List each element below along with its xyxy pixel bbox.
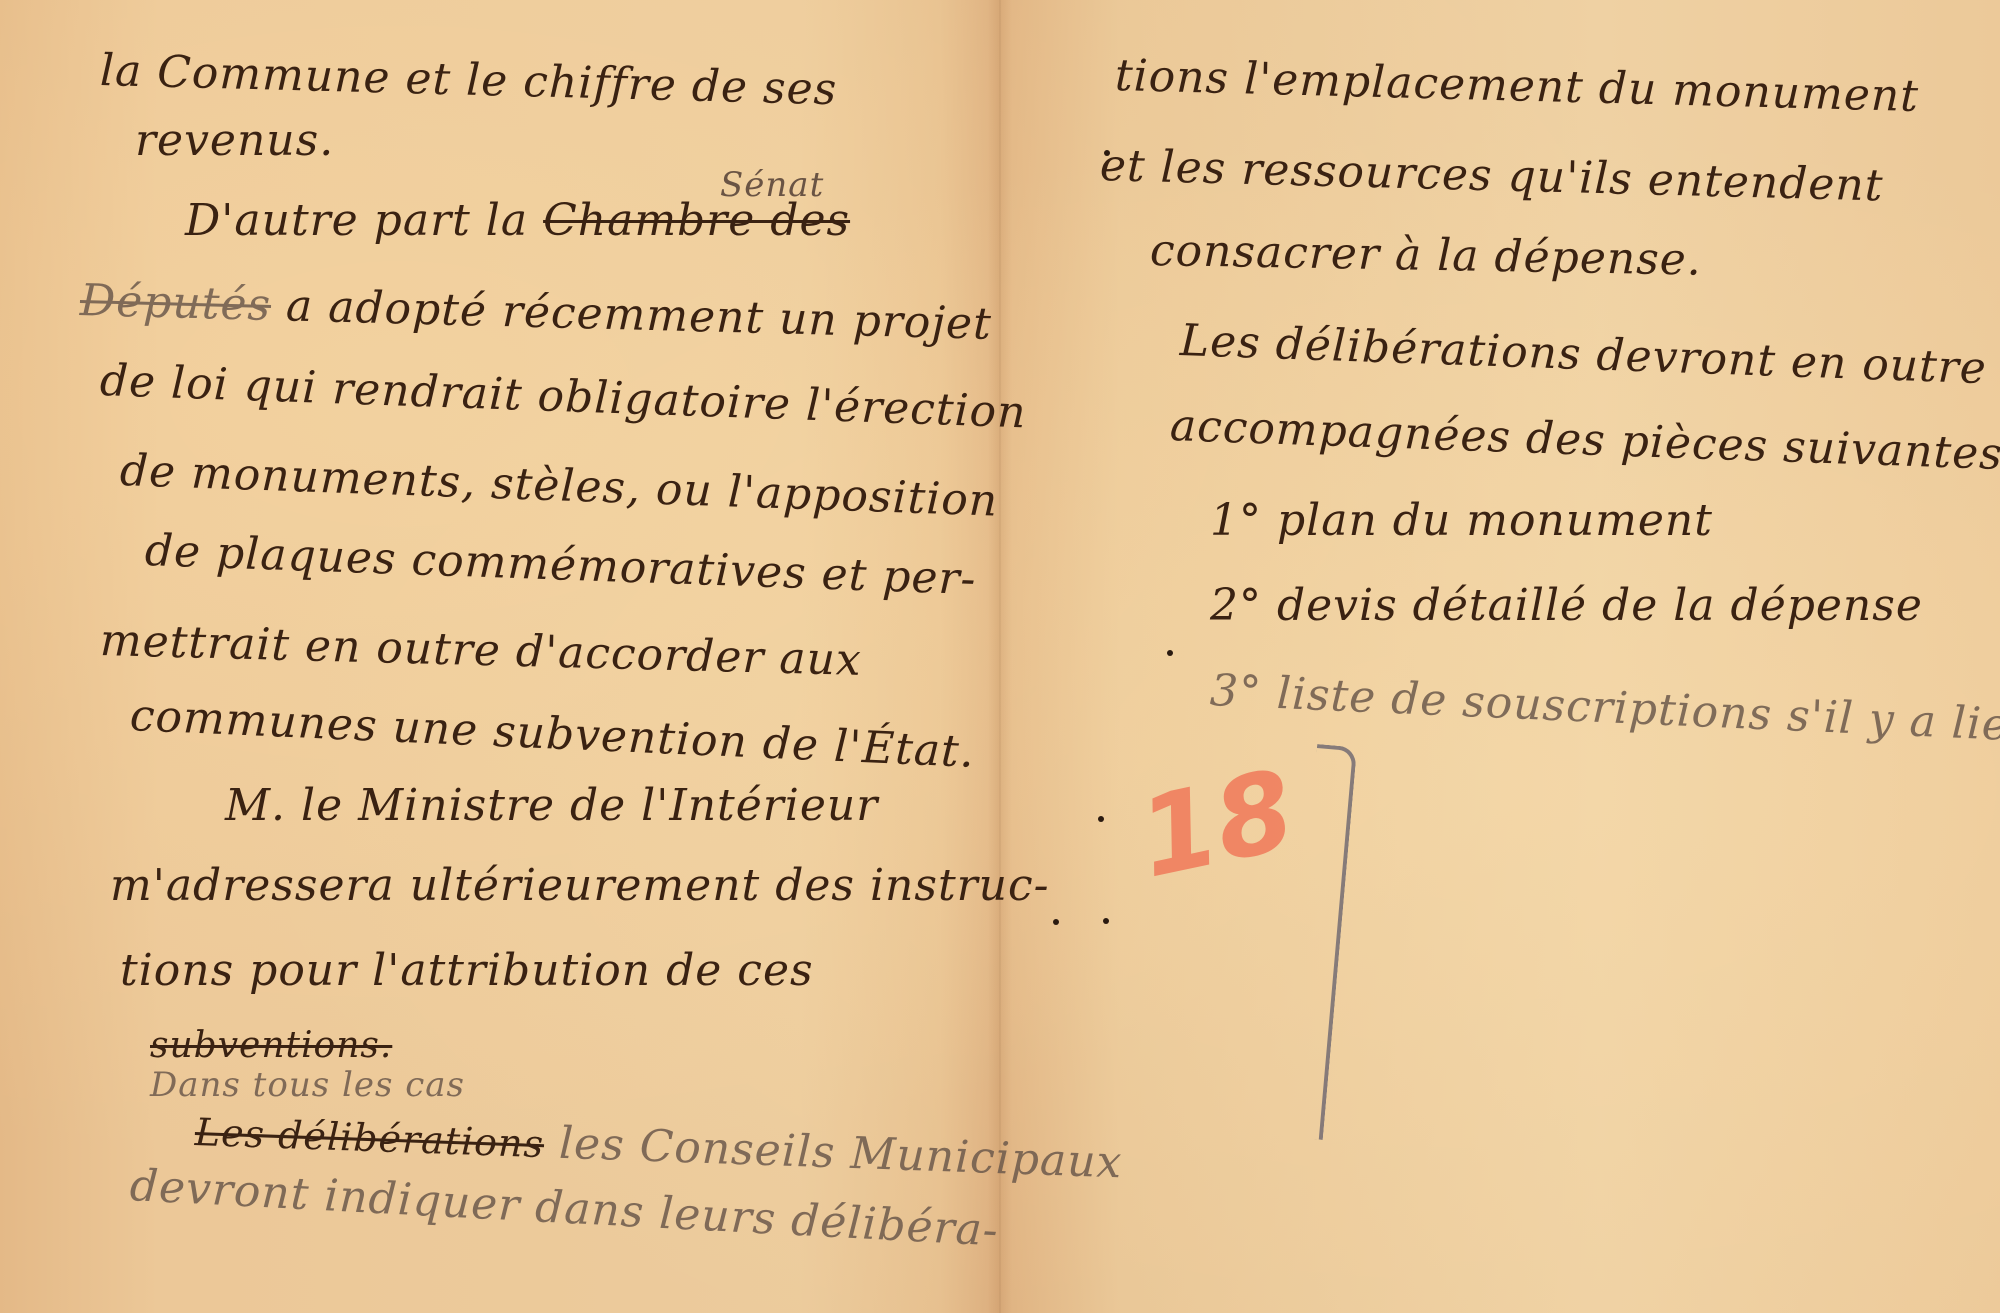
manuscript-spread: la Commune et le chiffre de ses revenus.… [0,0,2000,1313]
ink-dot [1053,919,1059,925]
handwritten-line: Dans tous les cas [150,1065,465,1105]
insertion-text: Sénat [720,165,824,205]
left-page: la Commune et le chiffre de ses revenus.… [0,0,990,1313]
struck-text: Députés [79,275,271,331]
handwritten-line: m'adressera ultérieurement des instruc- [110,860,1050,911]
page-fold [988,0,1012,1313]
handwritten-line: mettrait en outre d'accorder aux [99,615,862,686]
struck-text: Les délibérations [194,1110,545,1166]
handwritten-line: revenus. [135,115,334,166]
handwritten-line: tions pour l'attribution de ces [120,945,814,996]
handwritten-line: M. le Ministre de l'Intérieur [225,780,878,831]
handwritten-line: la Commune et le chiffre de ses [99,45,838,115]
handwritten-line: de plaques commémoratives et per- [144,525,977,605]
ink-dot [1098,816,1104,822]
handwritten-line: subventions. [150,1025,392,1066]
ink-dot [1103,918,1109,924]
ink-dot [1104,150,1110,156]
handwritten-line: de loi qui rendrait obligatoire l'érecti… [99,355,1027,438]
handwritten-line: Députés a adopté récemment un projet [79,275,992,350]
handwritten-line: 1° plan du monument [1210,495,1713,546]
line-text: D'autre part la [185,195,528,246]
handwritten-line: communes une subvention de l'État. [129,690,976,778]
ink-dot [1167,650,1173,656]
handwritten-line: 2° devis détaillé de la dépense [1210,580,1923,631]
line-text: a adopté récemment un projet [285,280,992,349]
handwritten-line: consacrer à la dépense. [1150,225,1703,286]
handwritten-line: de monuments, stèles, ou l'apposition [119,445,999,527]
